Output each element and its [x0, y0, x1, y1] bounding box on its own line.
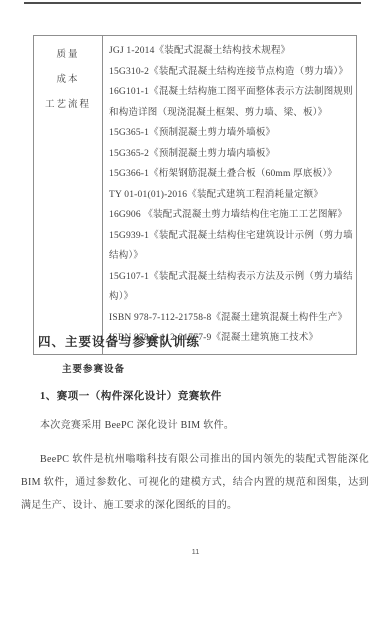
page-body: 四、主要设备与参赛队训练 主要参赛设备 1、赛项一（构件深化设计）竞赛软件 本次…	[0, 326, 391, 517]
page-number: 11	[0, 547, 391, 556]
standard-entry: 16G101-1《混凝土结构施工图平面整体表示方法制图规则和构造详图（现浇混凝土…	[109, 82, 353, 123]
subsection-heading: 主要参赛设备	[62, 361, 391, 375]
paragraph-software-used: 本次竞赛采用 BeePC 深化设计 BIM 软件。	[21, 414, 369, 437]
section-heading: 四、主要设备与参赛队训练	[38, 332, 391, 350]
page-top-rule	[24, 2, 361, 4]
category-label: 质量	[34, 43, 102, 68]
table-cell-standards: JGJ 1-2014《装配式混凝土结构技术规程》 15G310-2《装配式混凝土…	[103, 36, 356, 354]
standard-entry: 15G310-2《装配式混凝土结构连接节点构造（剪力墙）》	[109, 62, 353, 83]
table-cell-categories: 质量 成本 工艺流程	[34, 36, 103, 354]
standard-entry: JGJ 1-2014《装配式混凝土结构技术规程》	[109, 41, 353, 62]
item-heading: 1、赛项一（构件深化设计）竞赛软件	[40, 388, 391, 403]
paragraph-software-description: BeePC 软件是杭州嗡嗡科技有限公司推出的国内领先的装配式智能深化 BIM 软…	[21, 448, 369, 517]
document-page: { "page": { "number": "11" }, "refs_tabl…	[0, 0, 391, 638]
standard-entry: 15G365-2《预制混凝土剪力墙内墙板》	[109, 144, 353, 165]
standard-entry: 15G366-1《桁架钢筋混凝土叠合板（60mm 厚底板）》	[109, 164, 353, 185]
standard-entry: 16G906 《装配式混凝土剪力墙结构住宅施工工艺图解》	[109, 205, 353, 226]
category-label: 成本	[34, 68, 102, 93]
standard-entry: 15G939-1《装配式混凝土结构住宅建筑设计示例（剪力墙结构）》	[109, 226, 353, 267]
standard-entry: TY 01-01(01)-2016《装配式建筑工程消耗量定额》	[109, 185, 353, 206]
standard-entry: 15G107-1《装配式混凝土结构表示方法及示例（剪力墙结构）》	[109, 267, 353, 308]
standards-reference-table: 质量 成本 工艺流程 JGJ 1-2014《装配式混凝土结构技术规程》 15G3…	[33, 35, 357, 355]
category-label: 工艺流程	[34, 93, 102, 118]
standard-entry: ISBN 978-7-112-21758-8《混凝土建筑混凝土构件生产》	[109, 308, 353, 329]
standard-entry: 15G365-1《预制混凝土剪力墙外墙板》	[109, 123, 353, 144]
